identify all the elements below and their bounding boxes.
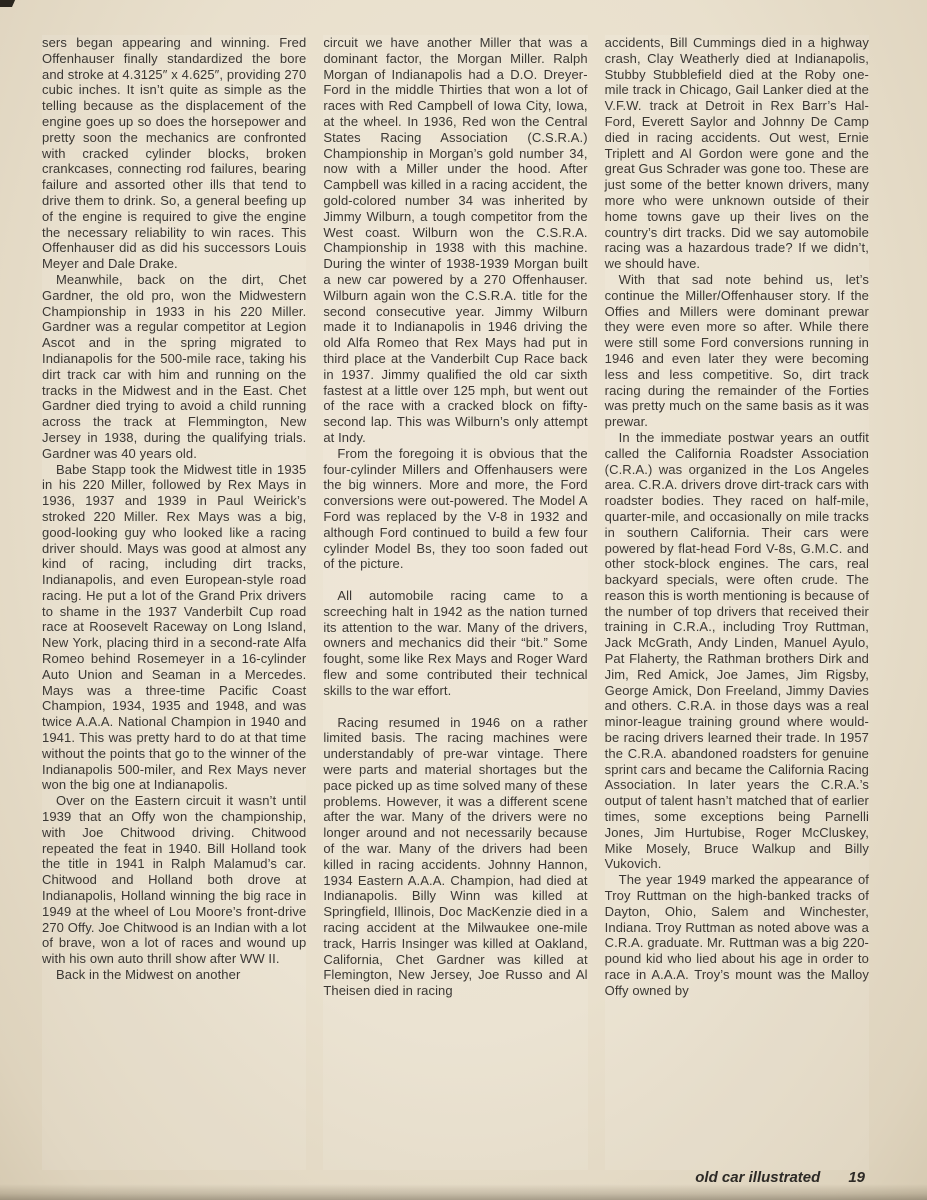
- paragraph: sers began appearing and winning. Fred O…: [42, 35, 306, 272]
- text-column-2: circuit we have another Miller that was …: [323, 35, 587, 1170]
- paragraph: Over on the Eastern circuit it wasn’t un…: [42, 793, 306, 967]
- text-column-1: sers began appearing and winning. Fred O…: [42, 35, 306, 1170]
- paragraph: Back in the Midwest on another: [42, 967, 306, 983]
- page-edge-shadow: [0, 1184, 927, 1200]
- paragraph: In the immediate postwar years an outfit…: [605, 430, 869, 872]
- paragraph: Meanwhile, back on the dirt, Chet Gardne…: [42, 272, 306, 462]
- paragraph: circuit we have another Miller that was …: [323, 35, 587, 446]
- text-column-3: accidents, Bill Cummings died in a highw…: [605, 35, 869, 1170]
- paragraph: All automobile racing came to a screechi…: [323, 588, 587, 699]
- paragraph: Babe Stapp took the Midwest title in 193…: [42, 462, 306, 794]
- paragraph: From the foregoing it is obvious that th…: [323, 446, 587, 572]
- paragraph: The year 1949 marked the appearance of T…: [605, 872, 869, 998]
- paragraph: accidents, Bill Cummings died in a highw…: [605, 35, 869, 272]
- article-body: sers began appearing and winning. Fred O…: [42, 35, 869, 1170]
- magazine-page: sers began appearing and winning. Fred O…: [0, 0, 927, 1200]
- paragraph: With that sad note behind us, let’s cont…: [605, 272, 869, 430]
- paragraph: Racing resumed in 1946 on a rather limit…: [323, 715, 587, 999]
- scan-artifact-corner: [0, 0, 16, 7]
